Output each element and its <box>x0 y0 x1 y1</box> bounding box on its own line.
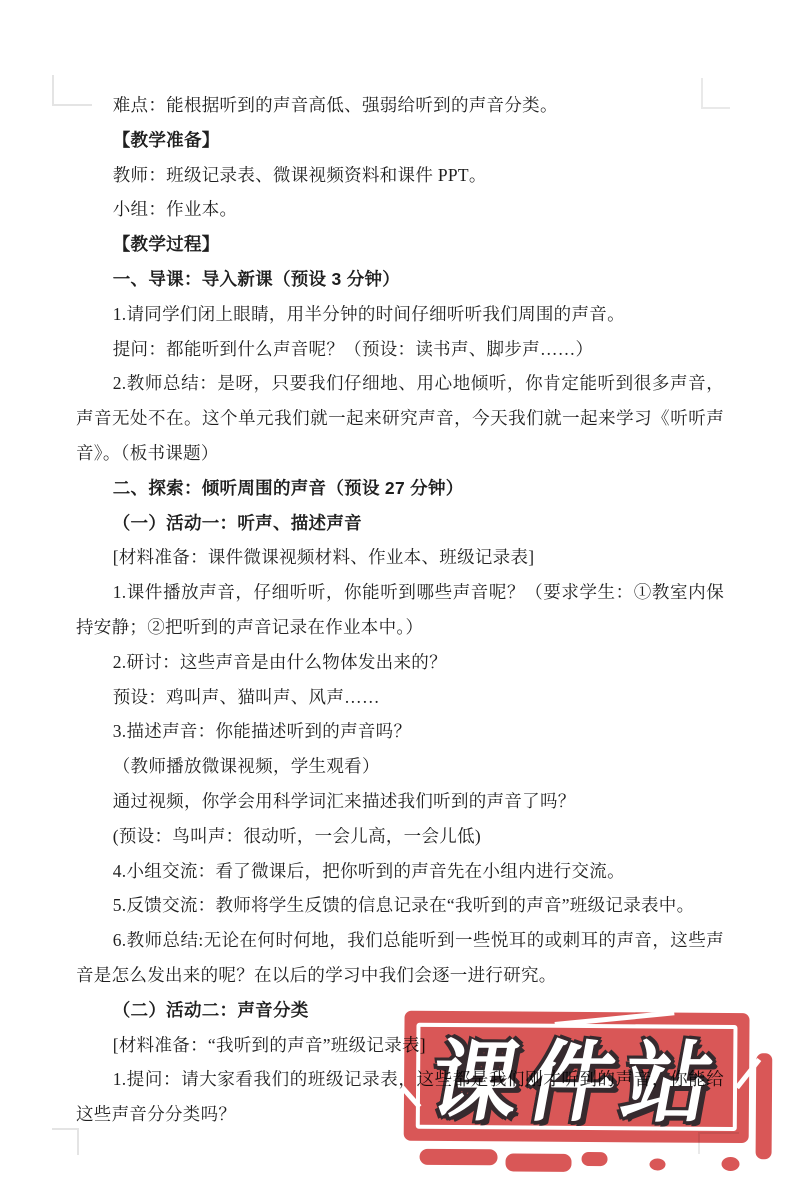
paragraph: 2.研讨：这些声音是由什么物体发出来的？ <box>76 645 724 680</box>
stamp-bottom-dash <box>582 1152 608 1166</box>
crop-mark-bottom-left <box>52 1128 79 1155</box>
paragraph: 2.教师总结：是呀，只要我们仔细地、用心地倾听，你肯定能听到很多声音，声音无处不… <box>76 366 724 470</box>
paragraph: 教师：班级记录表、微课视频资料和课件 PPT。 <box>76 158 724 193</box>
heading-paragraph: 一、导课：导入新课（预设 3 分钟） <box>76 262 724 297</box>
paragraph: 提问：都能听到什么声音呢？（预设：读书声、脚步声……） <box>76 332 724 367</box>
paragraph: 小组：作业本。 <box>76 192 724 227</box>
paragraph: 3.描述声音：你能描述听到的声音吗？ <box>76 714 724 749</box>
paragraph: [材料准备：课件微课视频材料、作业本、班级记录表] <box>76 540 724 575</box>
paragraph: 5.反馈交流：教师将学生反馈的信息记录在“我听到的声音”班级记录表中。 <box>76 888 724 923</box>
heading-paragraph: 【教学过程】 <box>76 227 724 262</box>
paragraph: 难点：能根据听到的声音高低、强弱给听到的声音分类。 <box>76 88 724 123</box>
paragraph: 4.小组交流：看了微课后，把你听到的声音先在小组内进行交流。 <box>76 854 724 889</box>
paragraph: 1.课件播放声音，仔细听听，你能听到哪些声音呢？（要求学生：①教室内保持安静；②… <box>76 575 724 645</box>
paragraph: 1.请同学们闭上眼睛，用半分钟的时间仔细听听我们周围的声音。 <box>76 297 724 332</box>
heading-paragraph: 【教学准备】 <box>76 123 724 158</box>
stamp-bottom-dash <box>721 1157 739 1171</box>
paragraph: (预设：鸟叫声：很动听，一会儿高，一会儿低) <box>76 819 724 854</box>
stamp-bottom-dash <box>649 1158 665 1170</box>
paragraph: [材料准备：“我听到的声音”班级记录表] <box>76 1028 724 1063</box>
paragraph: 预设：鸡叫声、猫叫声、风声…… <box>76 680 724 715</box>
paragraph: 6.教师总结:无论在何时何地，我们总能听到一些悦耳的或刺耳的声音，这些声音是怎么… <box>76 923 724 993</box>
crop-mark-bottom-right <box>698 1132 739 1154</box>
paragraph: （教师播放微课视频，学生观看） <box>76 749 724 784</box>
stamp-bottom-dash <box>420 1149 498 1166</box>
stamp-distress-crack <box>735 1058 761 1089</box>
heading-paragraph: 二、探索：倾听周围的声音（预设 27 分钟） <box>76 471 724 506</box>
paragraph: 通过视频，你学会用科学词汇来描述我们听到的声音了吗？ <box>76 784 724 819</box>
document-page: 难点：能根据听到的声音高低、强弱给听到的声音分类。【教学准备】教师：班级记录表、… <box>0 0 800 1200</box>
stamp-bottom-dash <box>505 1153 571 1171</box>
document-body: 难点：能根据听到的声音高低、强弱给听到的声音分类。【教学准备】教师：班级记录表、… <box>76 88 724 1132</box>
heading-paragraph: （二）活动二：声音分类 <box>76 993 724 1028</box>
stamp-right-bar <box>756 1053 773 1159</box>
heading-paragraph: （一）活动一：听声、描述声音 <box>76 506 724 541</box>
paragraph: 1.提问：请大家看我们的班级记录表，这些都是我们刚才听到的声音，你能给这些声音分… <box>76 1062 724 1132</box>
